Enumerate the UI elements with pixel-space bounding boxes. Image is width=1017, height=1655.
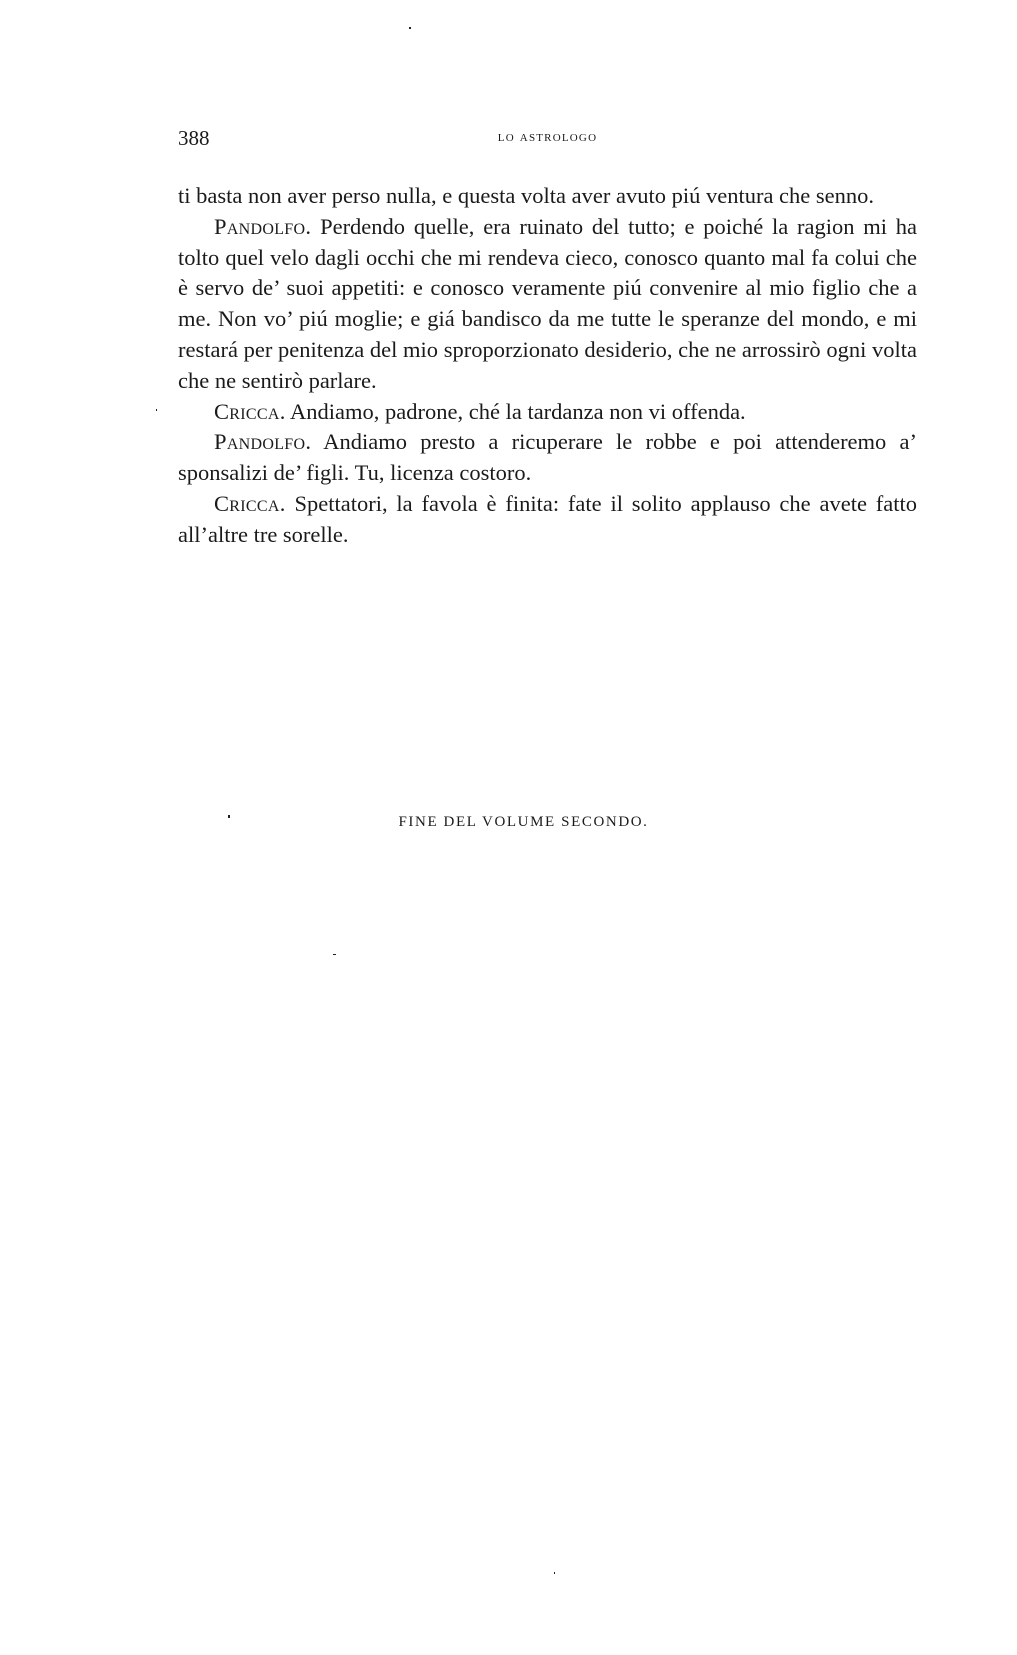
speech-text: Perdendo quelle, era ruinato del tutto; …: [178, 214, 917, 393]
speaker-name: Cricca.: [214, 491, 286, 516]
body-text: ti basta non aver perso nulla, e questa …: [178, 181, 917, 551]
paragraph-speech: Pandolfo. Perdendo quelle, era ruinato d…: [178, 212, 917, 397]
speech-text: Andiamo, padrone, ché la tardanza non vi…: [286, 399, 746, 424]
speaker-name: Pandolfo.: [214, 214, 311, 239]
scan-speck: [554, 1572, 555, 1574]
scan-speck: [156, 409, 157, 411]
paragraph-speech: Pandolfo. Andiamo presto a ricuperare le…: [178, 427, 917, 489]
paragraph-text: ti basta non aver perso nulla, e questa …: [178, 183, 874, 208]
scan-speck: [333, 954, 336, 955]
paragraph-continuation: ti basta non aver perso nulla, e questa …: [178, 181, 917, 212]
speech-text: Spettatori, la favola è finita: fate il …: [178, 491, 917, 547]
speaker-name: Pandolfo.: [214, 429, 311, 454]
running-title: LO ASTROLOGO: [178, 129, 917, 146]
paragraph-speech: Cricca. Andiamo, padrone, ché la tardanz…: [178, 397, 917, 428]
speaker-name: Cricca.: [214, 399, 286, 424]
paragraph-speech: Cricca. Spettatori, la favola è finita: …: [178, 489, 917, 551]
page-header: 388 LO ASTROLOGO: [178, 126, 917, 156]
scan-speck: [409, 27, 411, 29]
scan-speck: [228, 815, 230, 818]
end-note: FINE DEL VOLUME SECONDO.: [0, 814, 1017, 831]
